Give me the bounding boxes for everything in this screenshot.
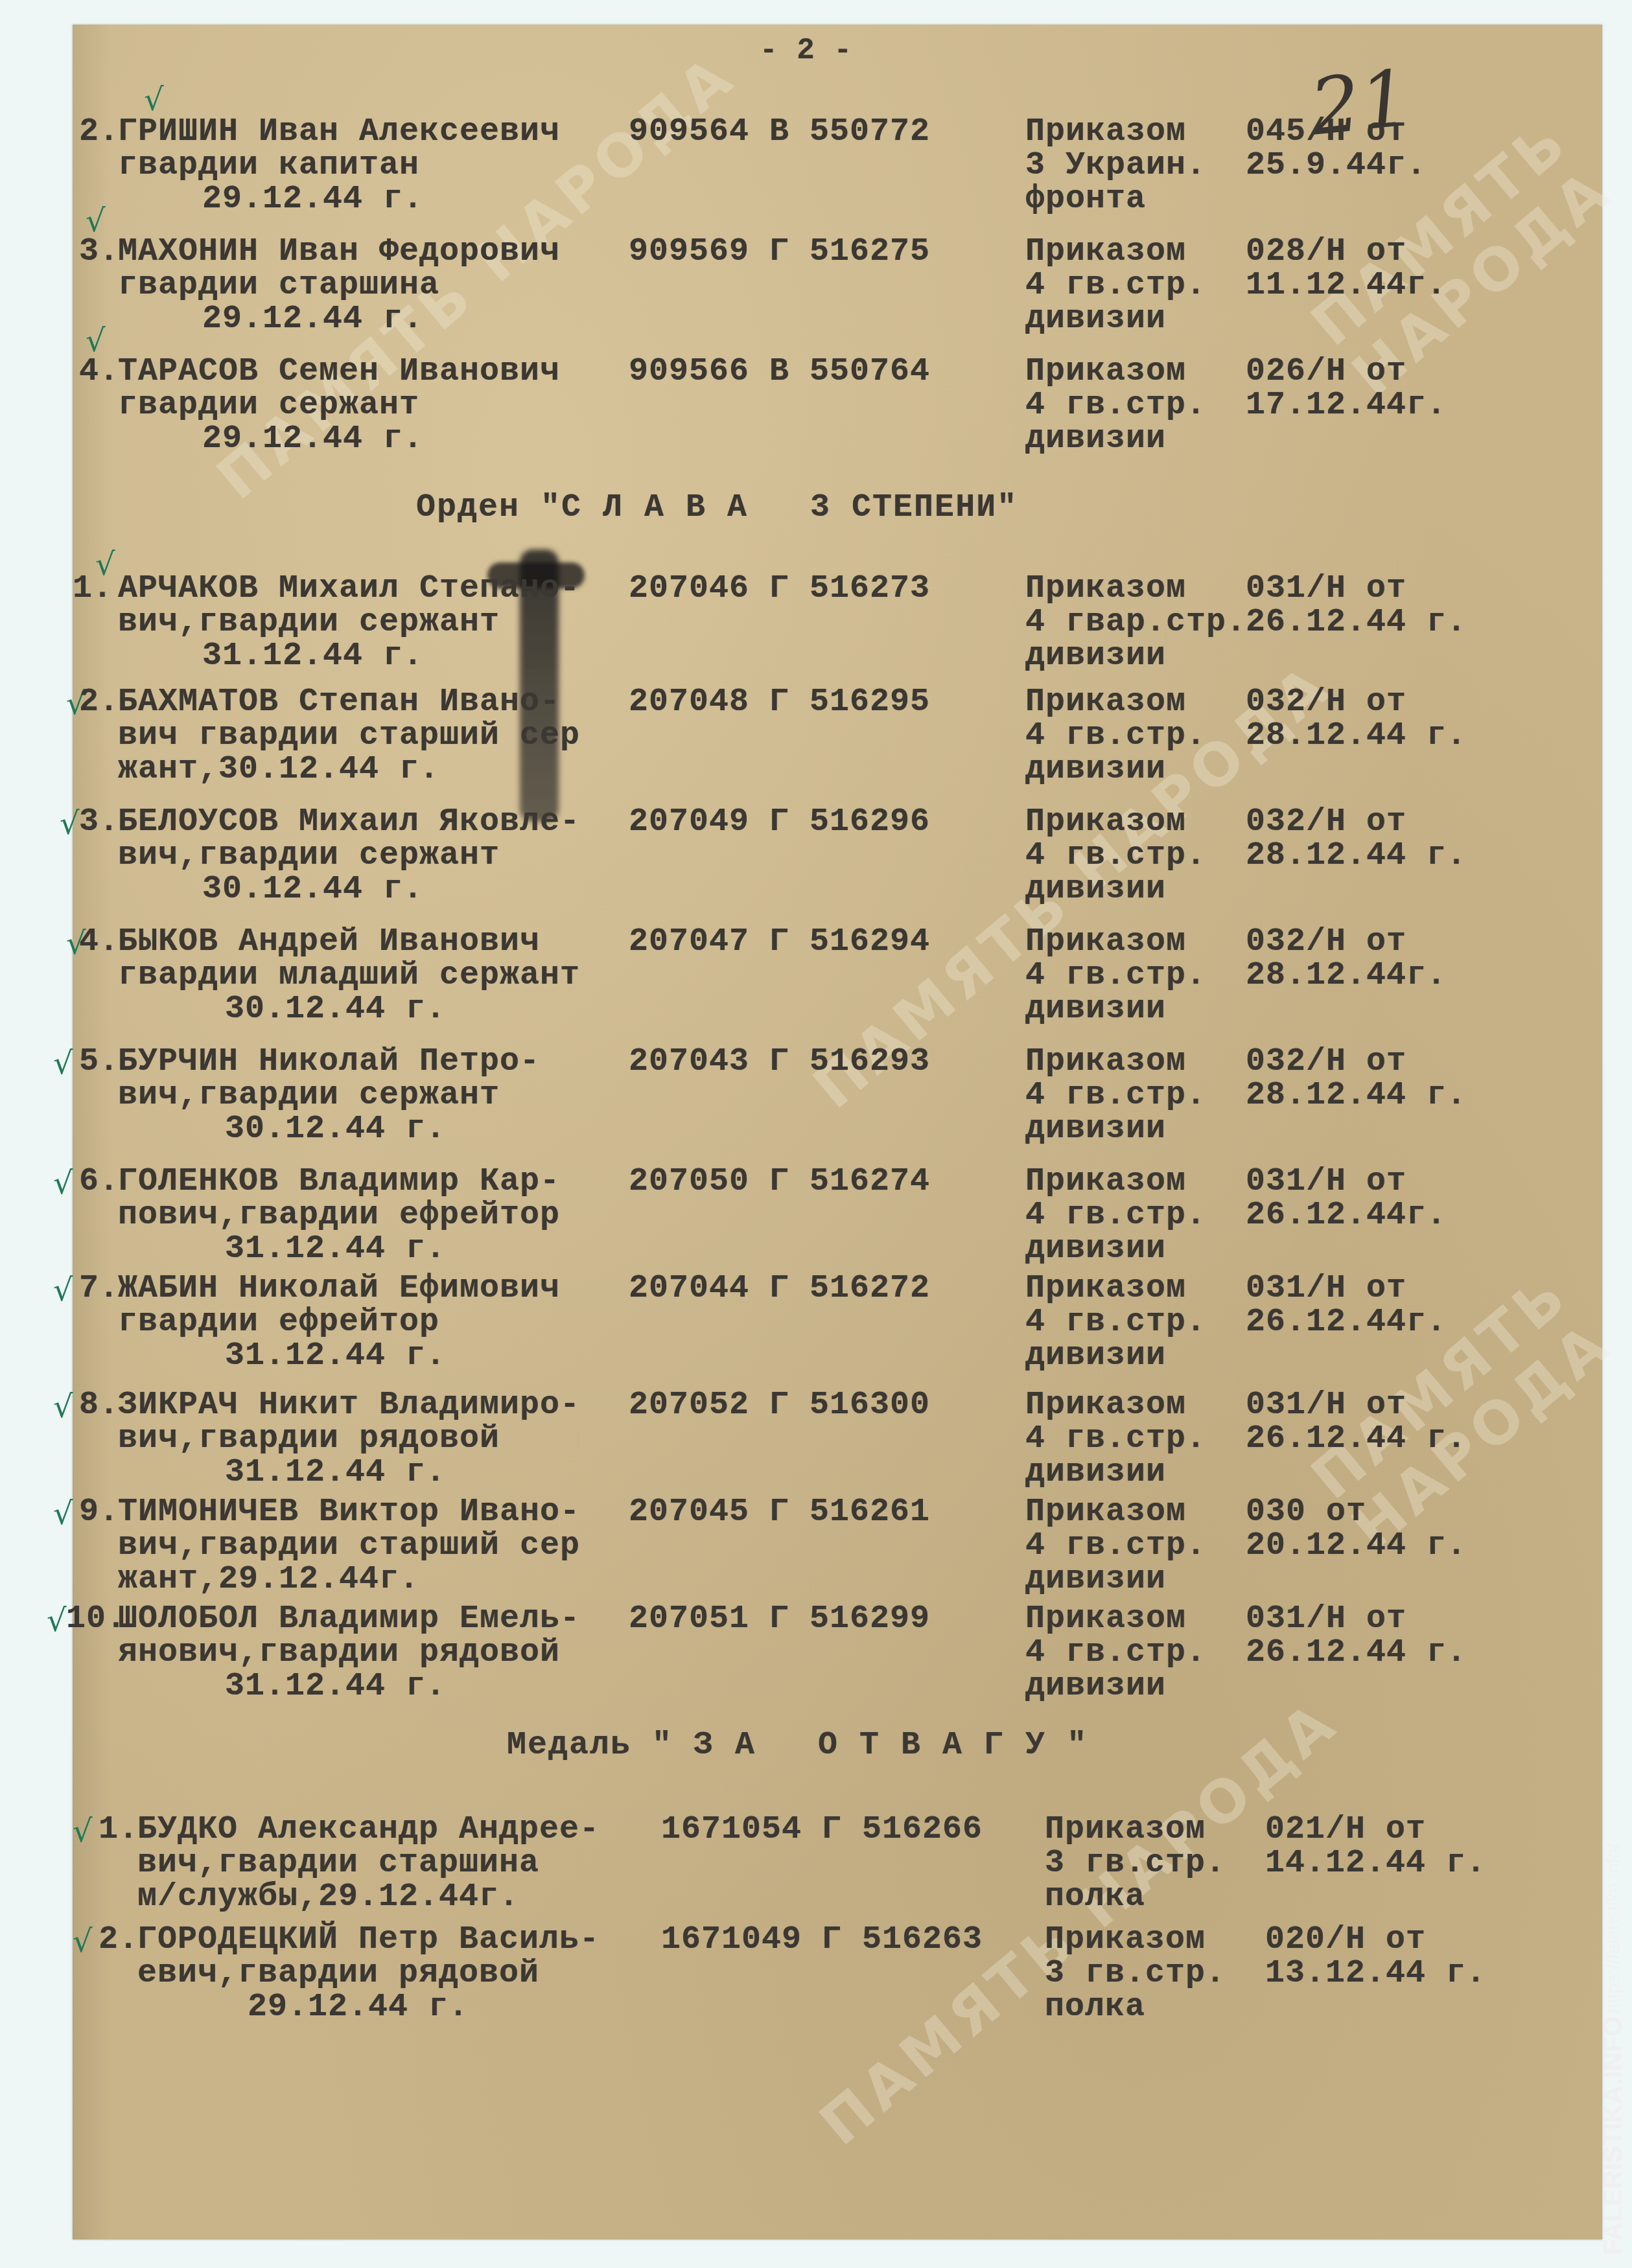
entry-rank: евич,гвардии рядовой: [137, 1957, 539, 1991]
entry-number: 1.: [73, 572, 113, 606]
entry-number: 2.: [99, 1923, 139, 1957]
entry-date: 29.12.44 г.: [202, 183, 423, 216]
order-date: 17.12.44г.: [1246, 389, 1447, 422]
entry-date: 31.12.44 г.: [225, 1232, 446, 1266]
order-number: 031/Н от: [1246, 1603, 1406, 1636]
entry-rank: гвардии сержант: [118, 389, 419, 422]
site-watermark-url: https://faleristika.info/: [1603, 1843, 1623, 2013]
order-issuer: 4 гв.стр.: [1025, 1422, 1206, 1456]
order-type: Приказом: [1025, 686, 1186, 719]
order-number: 031/Н от: [1246, 572, 1406, 606]
order-issuer-unit: дивизии: [1025, 993, 1166, 1026]
order-number: 031/Н от: [1246, 1165, 1406, 1199]
entry-rank: вич гвардии старший сер: [118, 719, 580, 753]
order-date: 28.12.44 г.: [1246, 719, 1467, 753]
order-number: 031/Н от: [1246, 1272, 1406, 1306]
award-number: 1671049 Г 516263: [661, 1923, 983, 1957]
award-number: 207045 Г 516261: [629, 1496, 930, 1529]
entry-rank: вич,гвардии старший сер: [118, 1529, 580, 1563]
order-type: Приказом: [1025, 235, 1186, 269]
entry-number: 9.: [79, 1496, 119, 1529]
award-number: 909564 В 550772: [629, 115, 930, 149]
entry-date: 30.12.44 г.: [202, 873, 423, 907]
award-number: 1671054 Г 516266: [661, 1813, 983, 1847]
entry-rank: вич,гвардии сержант: [118, 839, 500, 873]
order-number: 032/Н от: [1246, 1045, 1406, 1079]
order-issuer-unit: дивизии: [1025, 873, 1166, 907]
entry-rank: пович,гвардии ефрейтор: [118, 1199, 560, 1232]
entry-rank: гвардии капитан: [118, 149, 419, 183]
order-number: 028/Н от: [1246, 235, 1406, 269]
section-heading-bravery: Медаль " З А О Т В А Г У ": [507, 1729, 1088, 1763]
order-type: Приказом: [1025, 1045, 1186, 1079]
order-issuer-unit: дивизии: [1025, 422, 1166, 456]
checkmark-icon: √: [144, 82, 164, 118]
order-issuer: 4 гв.стр.: [1025, 269, 1206, 303]
entry-rank: вич,гвардии сержант: [118, 1079, 500, 1113]
entry-number: 3.: [79, 805, 119, 839]
checkmark-icon: √: [53, 1496, 73, 1532]
entry-number: 5.: [79, 1045, 119, 1079]
entry-number: 4.: [79, 355, 119, 389]
order-type: Приказом: [1025, 355, 1186, 389]
order-issuer-unit: дивизии: [1025, 753, 1166, 787]
entry-date: м/службы,29.12.44г.: [137, 1880, 519, 1914]
entry-name: ТИМОНИЧЕВ Виктор Ивано-: [118, 1496, 580, 1529]
award-number: 207046 Г 516273: [629, 572, 930, 606]
order-issuer: 4 гв.стр.: [1025, 1636, 1206, 1670]
checkmark-icon: √: [47, 1603, 67, 1639]
entry-date: 31.12.44 г.: [225, 1456, 446, 1490]
order-issuer: 4 гв.стр.: [1025, 1306, 1206, 1339]
entry-rank: гвардии старшина: [118, 269, 439, 303]
order-date: 11.12.44г.: [1246, 269, 1447, 303]
order-number: 045/Н от: [1246, 115, 1406, 149]
section-heading-glory: Орден "С Л А В А 3 СТЕПЕНИ": [416, 491, 1018, 525]
order-type: Приказом: [1045, 1923, 1206, 1957]
award-number: 909569 Г 516275: [629, 235, 930, 269]
order-issuer: 4 гв.стр.: [1025, 1079, 1206, 1113]
order-date: 28.12.44г.: [1246, 959, 1447, 993]
order-issuer-unit: полка: [1045, 1991, 1145, 2024]
order-issuer-unit: дивизии: [1025, 303, 1166, 336]
order-issuer: 3 Украин.: [1025, 149, 1206, 183]
entry-name: БЕЛОУСОВ Михаил Яковле-: [118, 805, 580, 839]
entry-name: БУДКО Александр Андрее-: [137, 1813, 600, 1847]
order-type: Приказом: [1025, 1272, 1186, 1306]
order-date: 26.12.44 г.: [1246, 1636, 1467, 1670]
entry-number: 7.: [79, 1272, 119, 1306]
order-type: Приказом: [1025, 1496, 1186, 1529]
entry-name: МАХОНИН Иван Федорович: [118, 235, 560, 269]
order-type: Приказом: [1025, 805, 1186, 839]
entry-date: 31.12.44 г.: [225, 1670, 446, 1704]
order-type: Приказом: [1025, 1165, 1186, 1199]
order-type: Приказом: [1025, 115, 1186, 149]
order-date: 28.12.44 г.: [1246, 1079, 1467, 1113]
award-number: 207049 Г 516296: [629, 805, 930, 839]
award-number: 207044 Г 516272: [629, 1272, 930, 1306]
order-date: 26.12.44 г.: [1246, 606, 1467, 640]
site-watermark-name: FALERISTIKA.INFO: [1599, 2016, 1627, 2255]
entry-date: 31.12.44 г.: [202, 640, 423, 673]
order-number: 026/Н от: [1246, 355, 1406, 389]
order-type: Приказом: [1025, 1389, 1186, 1422]
entry-number: 6.: [79, 1165, 119, 1199]
entry-date: 29.12.44 г.: [248, 1991, 469, 2024]
order-number: 032/Н от: [1246, 805, 1406, 839]
checkmark-icon: √: [53, 1272, 73, 1308]
entry-date: жант,30.12.44 г.: [118, 753, 439, 787]
entry-date: жант,29.12.44г.: [118, 1563, 419, 1597]
checkmark-icon: √: [73, 1813, 93, 1849]
entry-date: 30.12.44 г.: [225, 993, 446, 1026]
entry-rank: вич,гвардии старшина: [137, 1847, 539, 1880]
page-number: - 2 -: [760, 34, 852, 67]
order-number: 032/Н от: [1246, 686, 1406, 719]
order-number: 030 от: [1246, 1496, 1366, 1529]
order-issuer-unit: дивизии: [1025, 1232, 1166, 1266]
award-number: 207048 Г 516295: [629, 686, 930, 719]
entry-date: 29.12.44 г.: [202, 422, 423, 456]
entry-number: 2.: [79, 115, 119, 149]
order-issuer: 4 гв.стр.: [1025, 1529, 1206, 1563]
order-issuer: 4 гвар.стр.: [1025, 606, 1246, 640]
award-number: 207051 Г 516299: [629, 1603, 930, 1636]
order-issuer-unit: фронта: [1025, 183, 1146, 216]
entry-name: БУРЧИН Николай Петро-: [118, 1045, 540, 1079]
order-date: 13.12.44 г.: [1265, 1957, 1486, 1991]
entry-rank: вич,гвардии сержант: [118, 606, 500, 640]
entry-name: ЗИКРАЧ Никит Владимиро-: [118, 1389, 580, 1422]
order-issuer-unit: дивизии: [1025, 640, 1166, 673]
order-number: 032/Н от: [1246, 925, 1406, 959]
award-number: 207052 Г 516300: [629, 1389, 930, 1422]
order-issuer: 4 гв.стр.: [1025, 719, 1206, 753]
award-number: 207047 Г 516294: [629, 925, 930, 959]
entry-date: 31.12.44 г.: [225, 1339, 446, 1373]
entry-name: БАХМАТОВ Степан Ивано-: [118, 686, 560, 719]
entry-name: АРЧАКОВ Михаил Степано-: [118, 572, 580, 606]
entry-rank: гвардии младший сержант: [118, 959, 580, 993]
order-date: 14.12.44 г.: [1265, 1847, 1486, 1880]
entry-rank: гвардии ефрейтор: [118, 1306, 439, 1339]
entry-name: ГОЛЕНКОВ Владимир Кар-: [118, 1165, 560, 1199]
award-number: 909566 В 550764: [629, 355, 930, 389]
order-type: Приказом: [1025, 1603, 1186, 1636]
order-number: 031/Н от: [1246, 1389, 1406, 1422]
order-type: Приказом: [1025, 925, 1186, 959]
document-page: - 2 - 21 ПАМЯТЬ НАРОДА ПАМЯТЬ НАРОДА ПАМ…: [73, 25, 1602, 2239]
entry-number: 8.: [79, 1389, 119, 1422]
order-date: 26.12.44г.: [1246, 1306, 1447, 1339]
site-watermark: FALERISTIKA.INFO https://faleristika.inf…: [1599, 1843, 1628, 2255]
order-issuer-unit: дивизии: [1025, 1113, 1166, 1146]
order-date: 26.12.44 г.: [1246, 1422, 1467, 1456]
entry-number: 2.: [79, 686, 119, 719]
entry-date: 30.12.44 г.: [225, 1113, 446, 1146]
order-date: 28.12.44 г.: [1246, 839, 1467, 873]
order-number: 020/Н от: [1265, 1923, 1426, 1957]
order-date: 26.12.44г.: [1246, 1199, 1447, 1232]
entry-name: ШОЛОБОЛ Владимир Емель-: [118, 1603, 580, 1636]
order-issuer-unit: дивизии: [1025, 1339, 1166, 1373]
entry-name: БЫКОВ Андрей Иванович: [118, 925, 540, 959]
order-date: 25.9.44г.: [1246, 149, 1427, 183]
entry-name: ТАРАСОВ Семен Иванович: [118, 355, 560, 389]
entry-number: 1.: [99, 1813, 139, 1847]
order-type: Приказом: [1045, 1813, 1206, 1847]
checkmark-icon: √: [53, 1045, 73, 1082]
order-issuer-unit: полка: [1045, 1880, 1145, 1914]
checkmark-icon: √: [53, 1165, 73, 1201]
order-date: 20.12.44 г.: [1246, 1529, 1467, 1563]
order-issuer-unit: дивизии: [1025, 1670, 1166, 1704]
entry-name: ГРИШИН Иван Алексеевич: [118, 115, 560, 149]
order-issuer: 4 гв.стр.: [1025, 959, 1206, 993]
checkmark-icon: √: [60, 805, 80, 842]
entry-number: 3.: [79, 235, 119, 269]
award-number: 207043 Г 516293: [629, 1045, 930, 1079]
order-number: 021/Н от: [1265, 1813, 1426, 1847]
order-issuer: 3 гв.стр.: [1045, 1847, 1226, 1880]
entry-rank: янович,гвардии рядовой: [118, 1636, 560, 1670]
checkmark-icon: √: [73, 1923, 93, 1960]
entry-name: ЖАБИН Николай Ефимович: [118, 1272, 560, 1306]
order-issuer: 4 гв.стр.: [1025, 389, 1206, 422]
entry-date: 29.12.44 г.: [202, 303, 423, 336]
order-issuer-unit: дивизии: [1025, 1456, 1166, 1490]
entry-rank: вич,гвардии рядовой: [118, 1422, 500, 1456]
order-issuer: 4 гв.стр.: [1025, 1199, 1206, 1232]
order-issuer-unit: дивизии: [1025, 1563, 1166, 1597]
checkmark-icon: √: [53, 1389, 73, 1425]
order-issuer: 3 гв.стр.: [1045, 1957, 1226, 1991]
entry-number: 4.: [79, 925, 119, 959]
order-issuer: 4 гв.стр.: [1025, 839, 1206, 873]
order-type: Приказом: [1025, 572, 1186, 606]
award-number: 207050 Г 516274: [629, 1165, 930, 1199]
entry-name: ГОРОДЕЦКИЙ Петр Василь-: [137, 1923, 600, 1957]
